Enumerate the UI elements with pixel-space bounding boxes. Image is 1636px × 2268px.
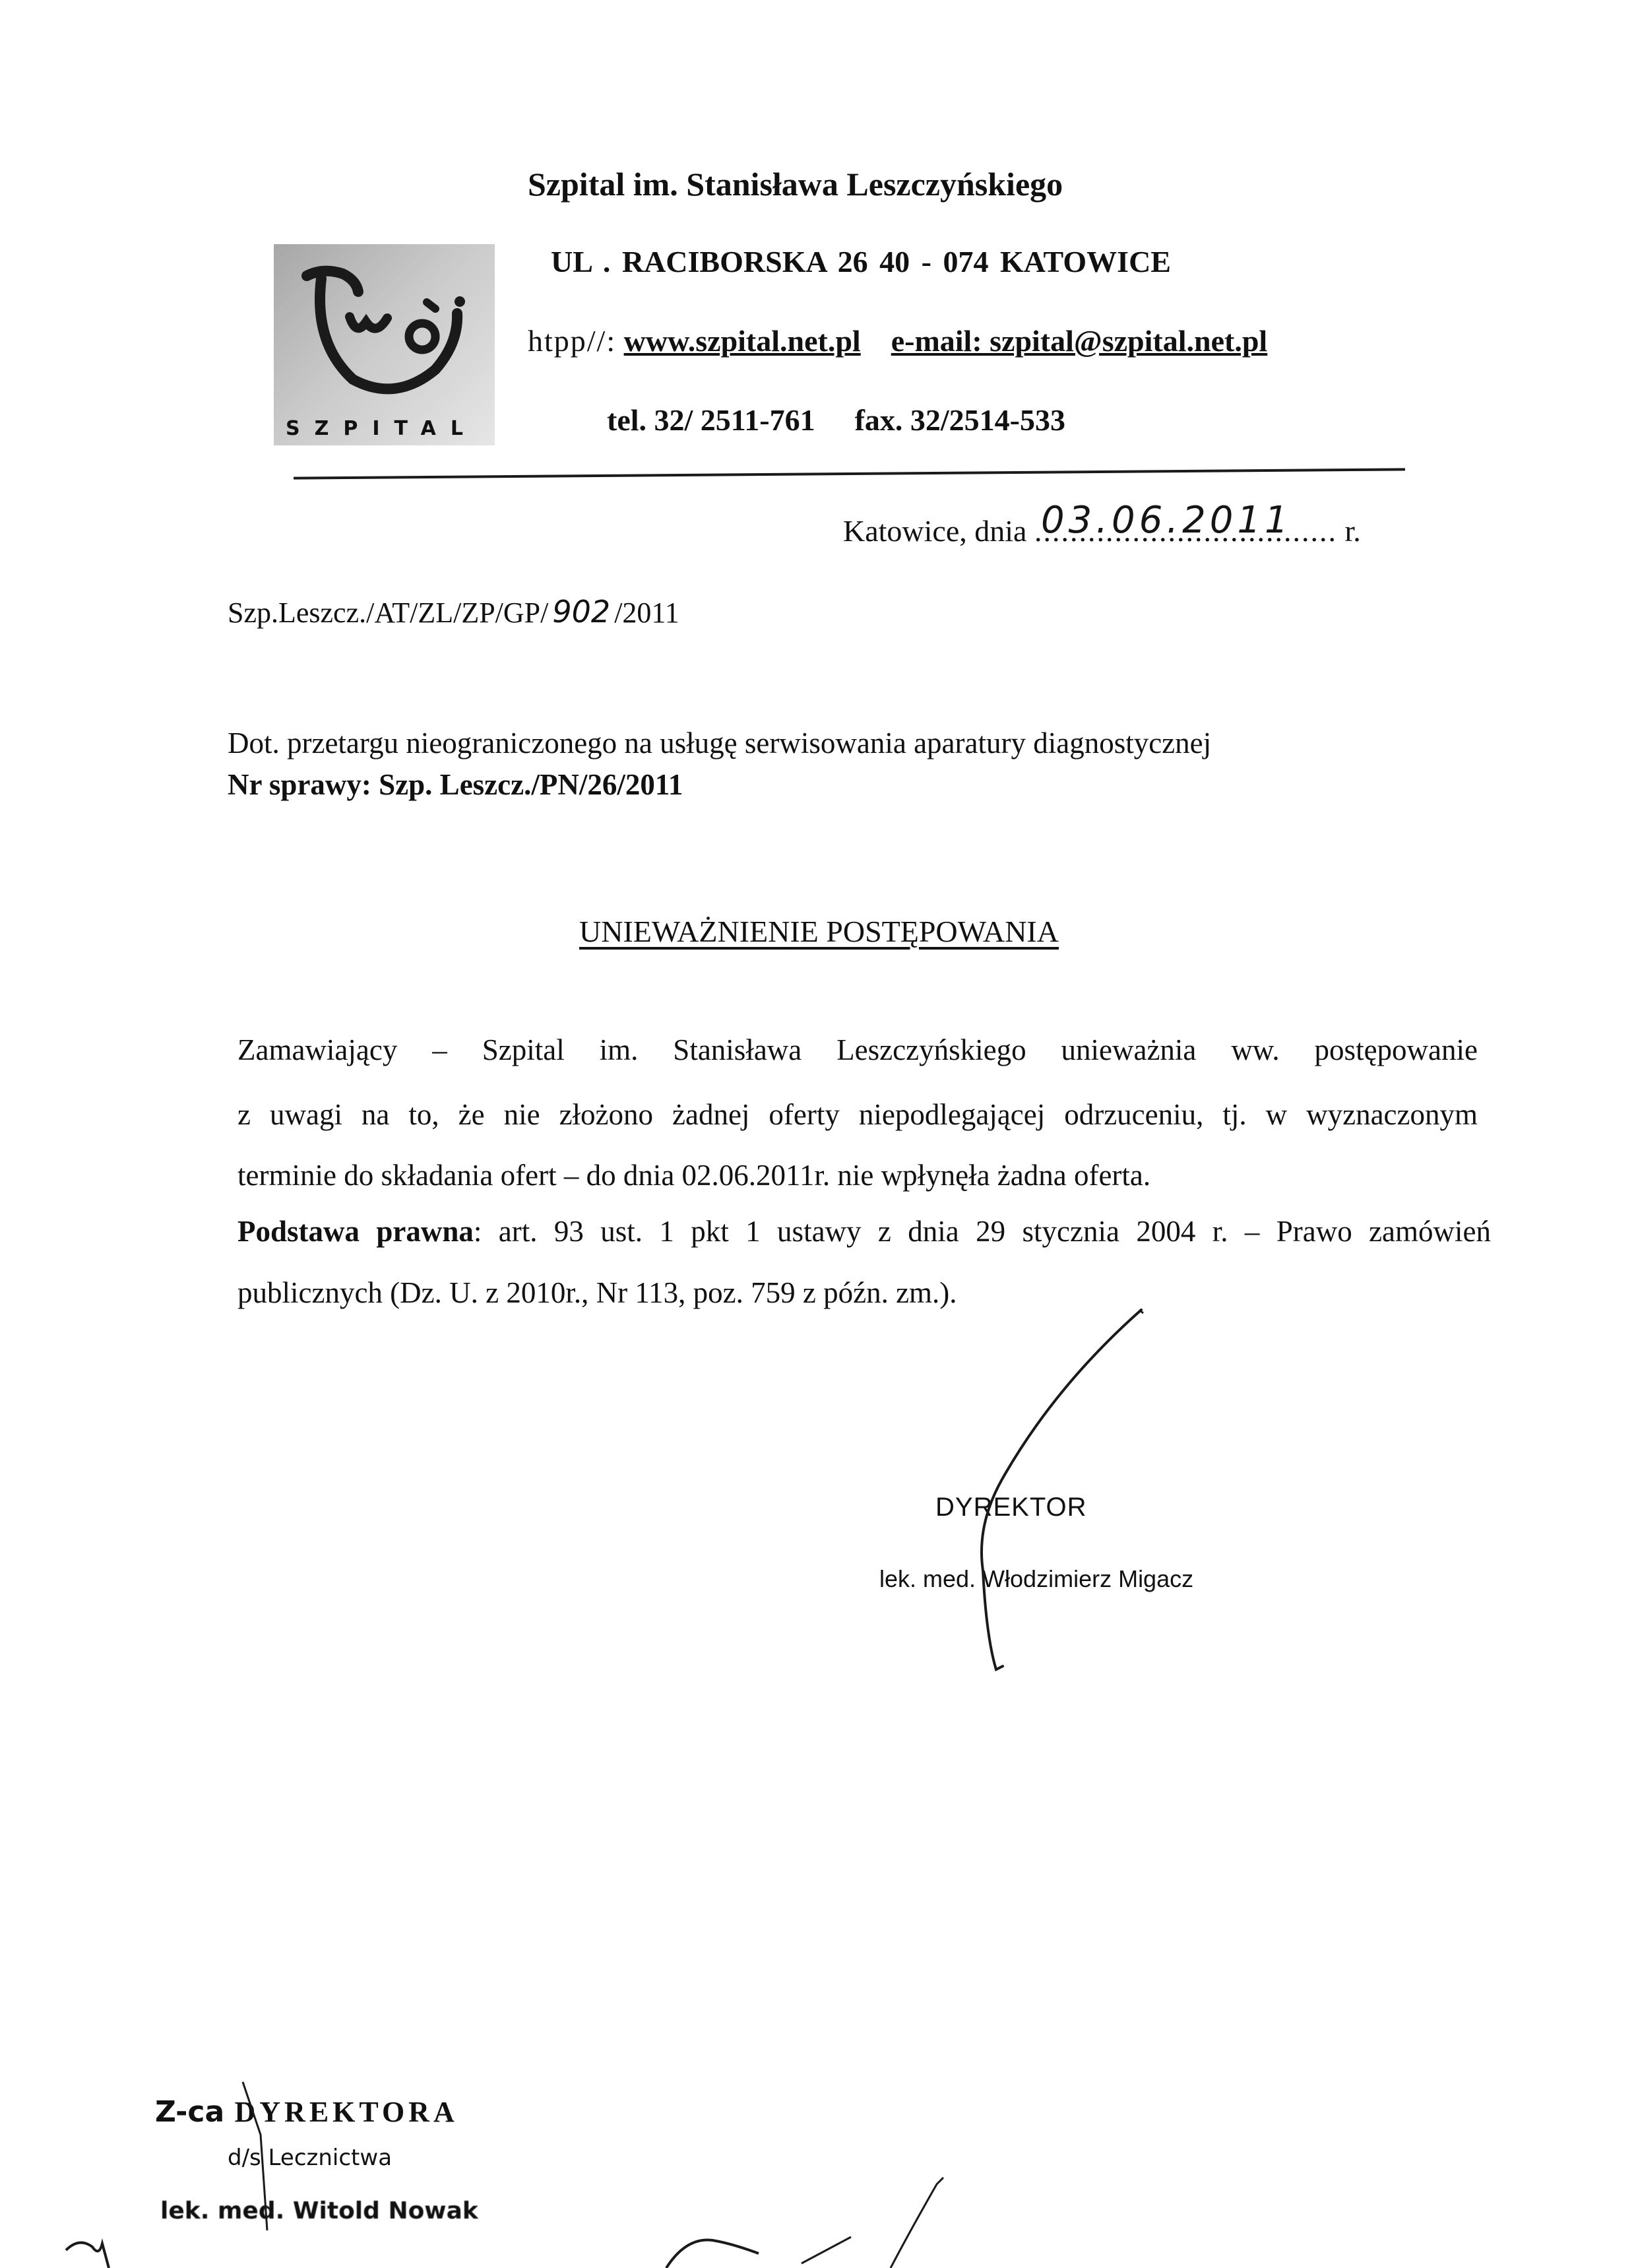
website-link[interactable]: www.szpital.net.pl: [624, 324, 861, 358]
signature-name: lek. med. Włodzimierz Migacz: [879, 1565, 1193, 1593]
letterhead-divider: [294, 468, 1405, 479]
stamp-title: DYREKTORA: [235, 2096, 458, 2128]
case-number: Nr sprawy: Szp. Leszcz./PN/26/2011: [228, 767, 683, 802]
body-line-2: z uwagi na to, że nie złożono żadnej ofe…: [237, 1097, 1478, 1132]
phone-number: tel. 32/ 2511-761: [607, 403, 815, 437]
body-line-1: Zamawiający – Szpital im. Stanisława Les…: [237, 1033, 1478, 1067]
handwritten-date: 03.06.2011: [1041, 499, 1292, 542]
body-line-4: Podstawa prawna: art. 93 ust. 1 pkt 1 us…: [237, 1214, 1491, 1248]
logo-wordmark: SZPITAL: [286, 417, 478, 440]
contact-phone-line: tel. 32/ 2511-761fax. 32/2514-533: [607, 403, 1065, 437]
fax-number: fax. 32/2514-533: [855, 403, 1065, 437]
body-line-3: terminie do składania ofert – do dnia 02…: [237, 1158, 1150, 1192]
hospital-logo: SZPITAL: [274, 244, 495, 445]
dateline-prefix: Katowice, dnia: [843, 514, 1026, 548]
handwritten-reference-number: 902: [552, 594, 610, 630]
stamp-prefix: Z-ca: [155, 2095, 224, 2129]
reference-number: Szp.Leszcz./AT/ZL/ZP/GP/902/2011: [228, 594, 679, 630]
document-title: UNIEWAŻNIENIE POSTĘPOWANIA: [579, 914, 1059, 949]
hospital-address: UL . RACIBORSKA 26 40 - 074 KATOWICE: [551, 244, 1171, 279]
stamp-line-2: d/s Lecznictwa: [228, 2145, 392, 2171]
dateline-suffix: r.: [1344, 514, 1360, 548]
web-label: htpp//:: [528, 324, 616, 358]
stamp-line-1: Z-ca DYREKTORA: [155, 2095, 458, 2129]
subject-line: Dot. przetargu nieograniczonego na usług…: [228, 726, 1211, 760]
contact-web-line: htpp//: www.szpital.net.pl e-mail: szpit…: [528, 323, 1267, 358]
email-link[interactable]: e-mail: szpital@szpital.net.pl: [891, 324, 1267, 358]
body-line-5: publicznych (Dz. U. z 2010r., Nr 113, po…: [237, 1276, 957, 1310]
reference-suffix: /2011: [614, 597, 679, 629]
legal-basis-text: : art. 93 ust. 1 pkt 1 ustawy z dnia 29 …: [474, 1215, 1491, 1248]
legal-basis-label: Podstawa prawna: [237, 1215, 474, 1248]
dateline: Katowice, dnia .........................…: [843, 513, 1361, 548]
hospital-name: Szpital im. Stanisława Leszczyńskiego: [528, 165, 1063, 203]
smile-logo-icon: [274, 244, 495, 445]
signature-title: DYREKTOR: [935, 1493, 1087, 1522]
reference-prefix: Szp.Leszcz./AT/ZL/ZP/GP/: [228, 597, 548, 629]
stamp-line-3: lek. med. Witold Nowak: [160, 2197, 478, 2224]
